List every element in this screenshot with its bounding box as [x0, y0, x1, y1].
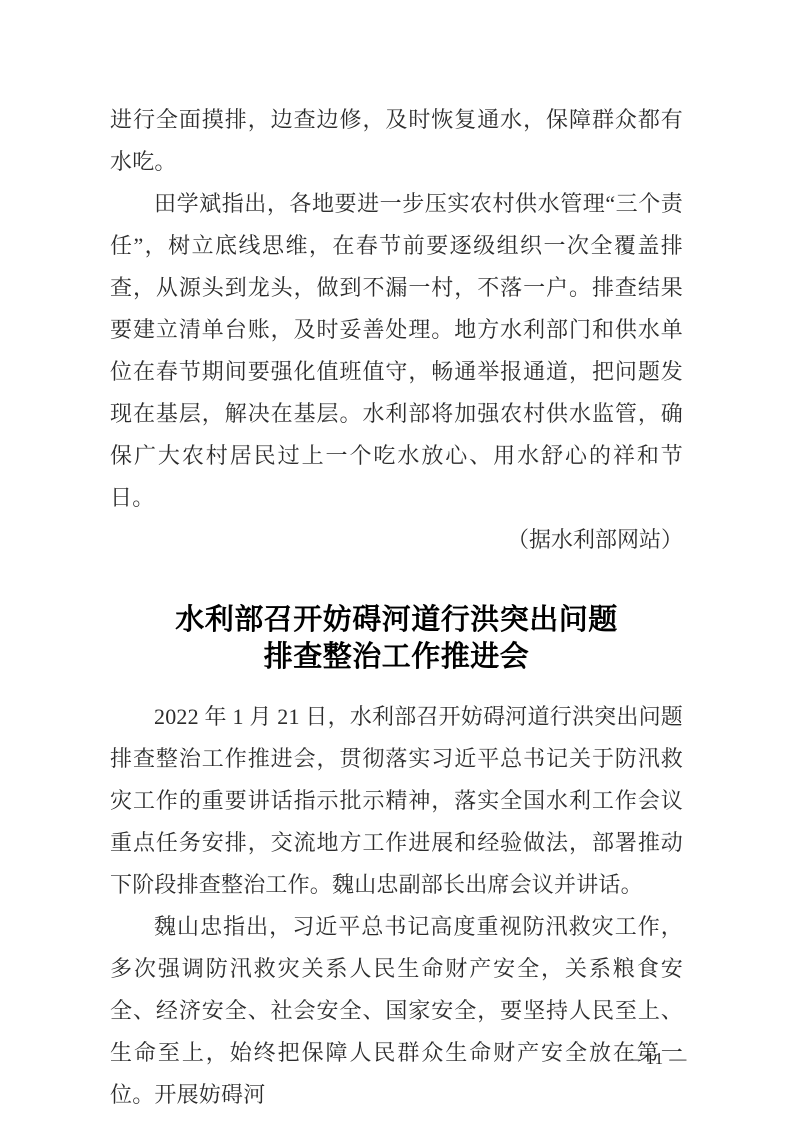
paragraph-meeting-overview: 2022 年 1 月 21 日，水利部召开妨碍河道行洪突出问题排查整治工作推进会… — [110, 696, 683, 906]
paragraph-continuation: 进行全面摸排，边查边修，及时恢复通水，保障群众都有水吃。 — [110, 99, 683, 183]
paragraph-wei-shanzhong: 魏山忠指出，习近平总书记高度重视防汛救灾工作，多次强调防汛救灾关系人民生命财产安… — [110, 906, 683, 1116]
document-page: 进行全面摸排，边查边修，及时恢复通水，保障群众都有水吃。 田学斌指出，各地要进一… — [0, 0, 800, 1131]
page-number: — 11 — — [620, 1048, 690, 1070]
article-title: 水利部召开妨碍河道行洪突出问题 排查整治工作推进会 — [110, 602, 683, 676]
paragraph-tian-xuebin: 田学斌指出，各地要进一步压实农村供水管理“三个责任”，树立底线思维，在春节前要逐… — [110, 183, 683, 519]
source-attribution: （据水利部网站） — [110, 519, 683, 561]
article-title-line-1: 水利部召开妨碍河道行洪突出问题 — [110, 602, 683, 639]
page-content: 进行全面摸排，边查边修，及时恢复通水，保障群众都有水吃。 田学斌指出，各地要进一… — [110, 99, 683, 1116]
article-title-line-2: 排查整治工作推进会 — [110, 639, 683, 676]
